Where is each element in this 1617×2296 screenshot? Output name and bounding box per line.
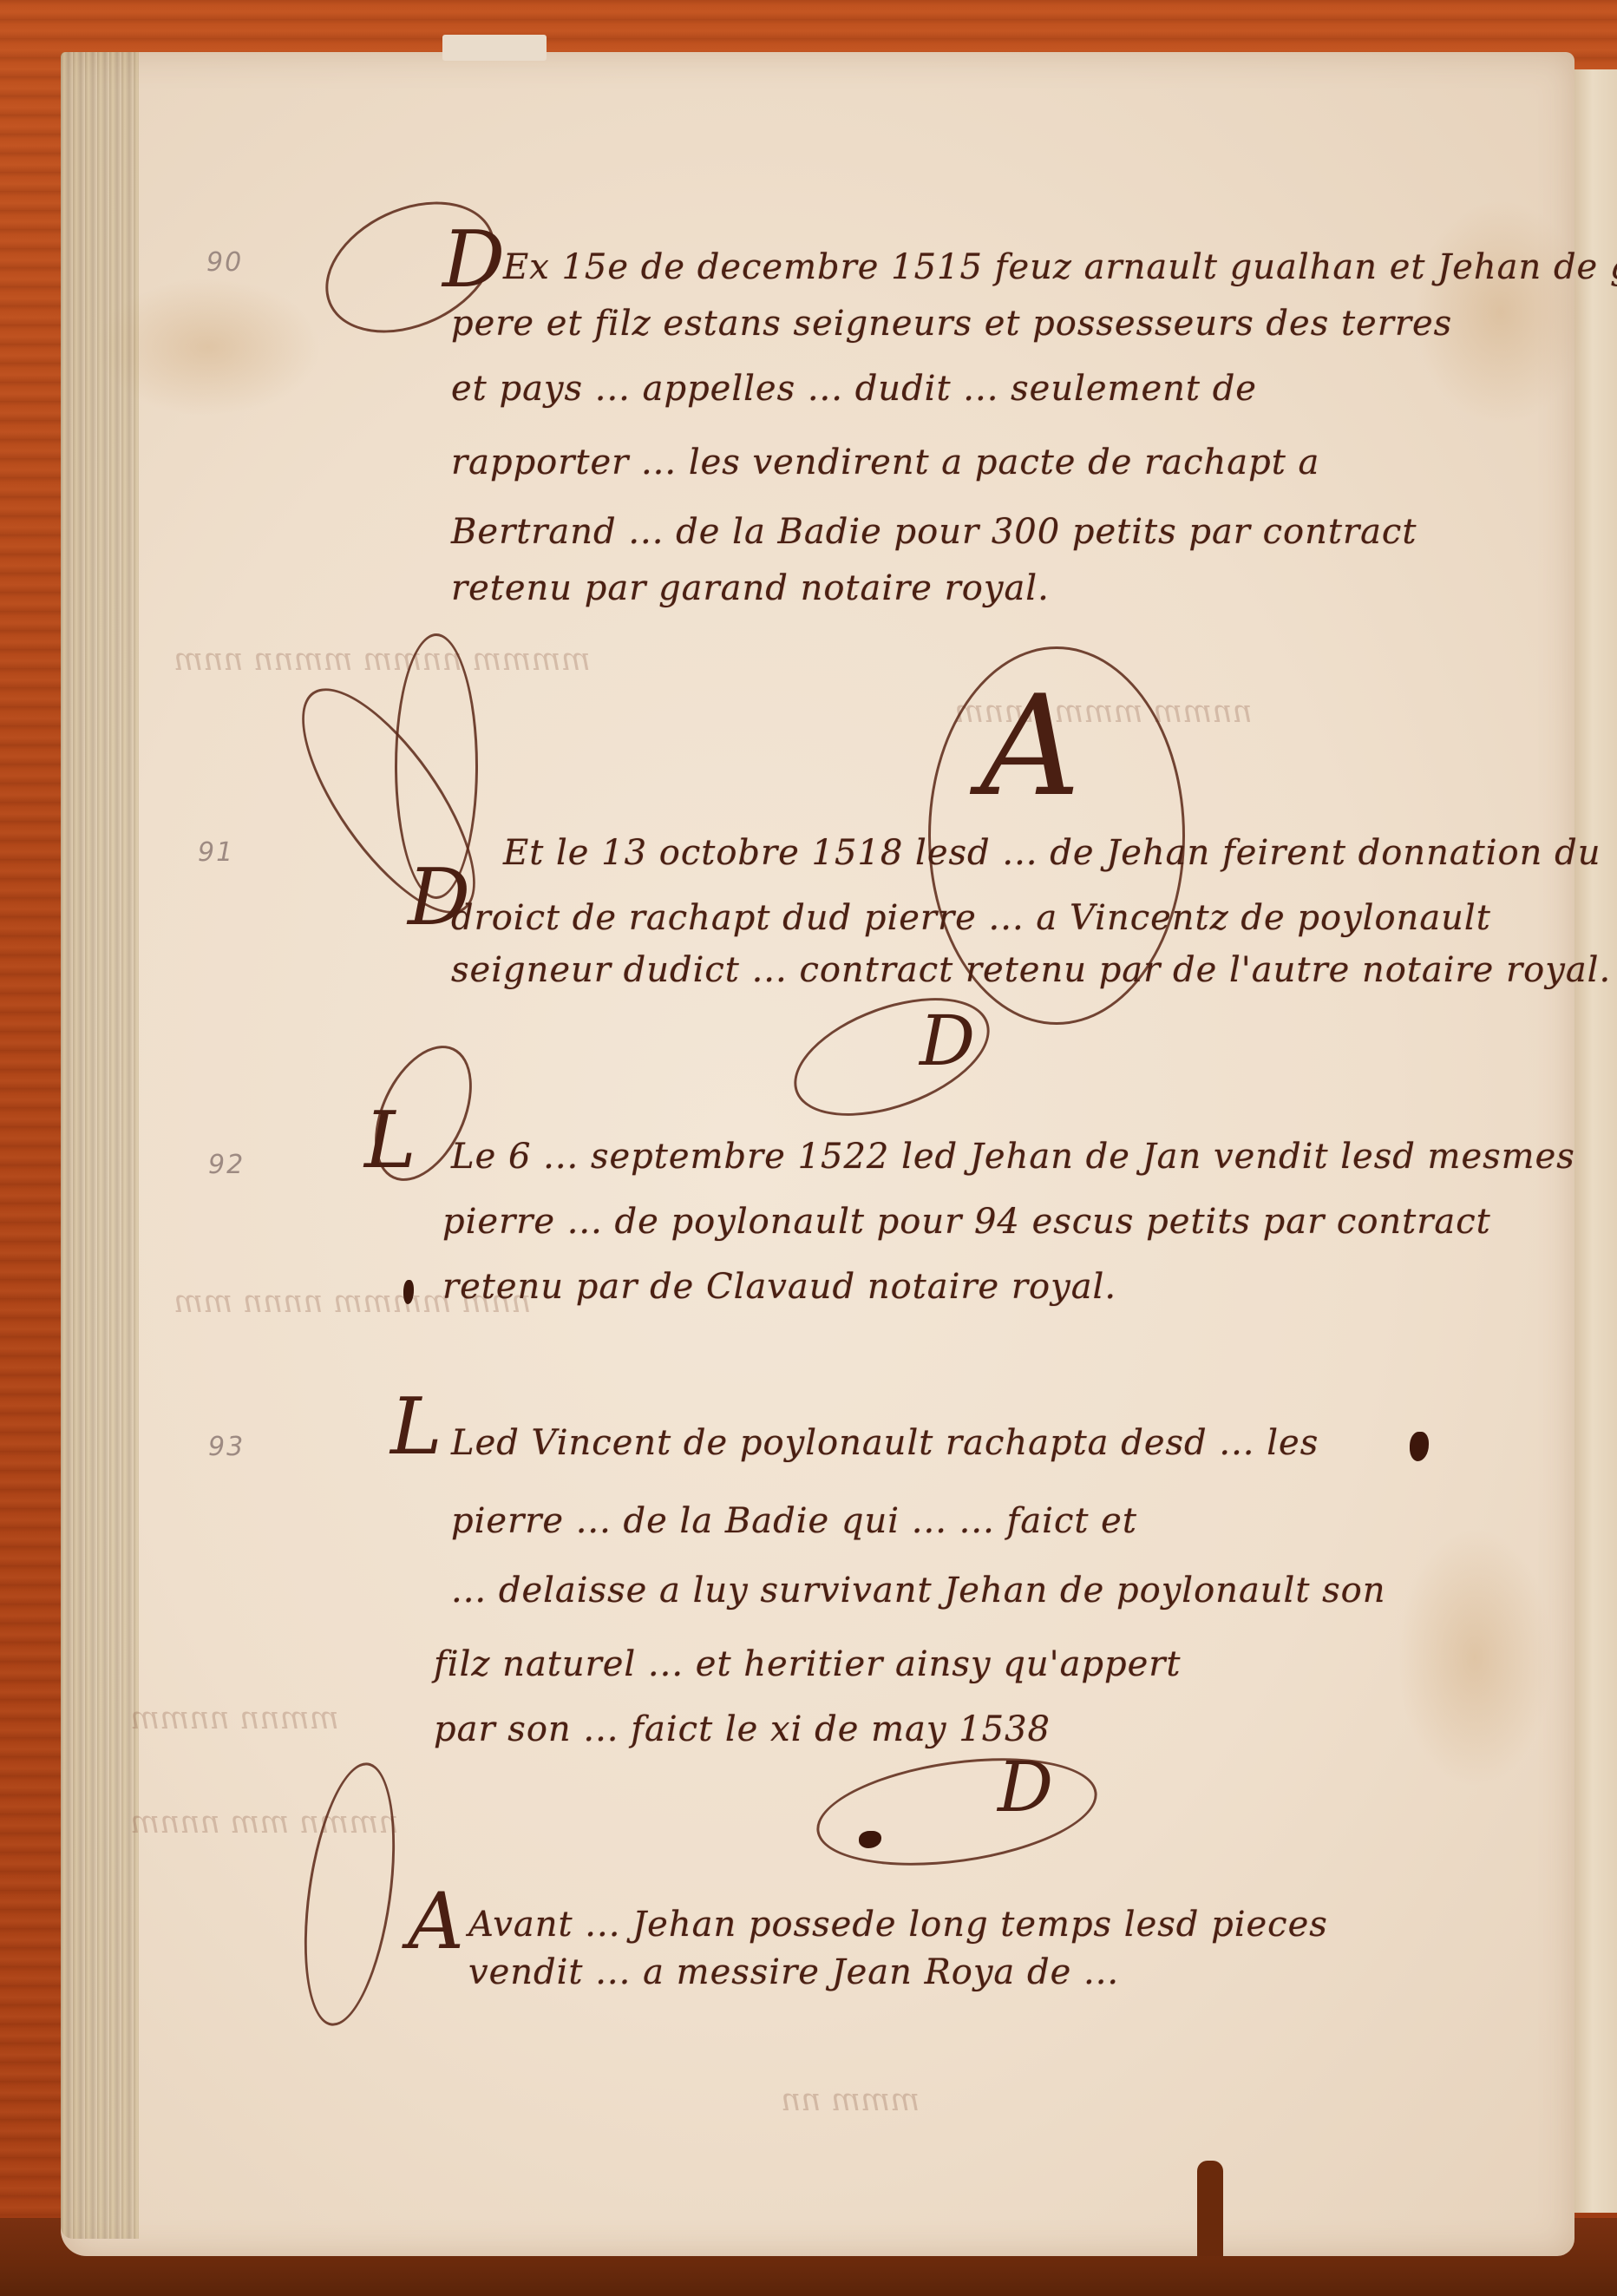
torn-paper-fragment [442, 35, 547, 61]
text-line: Ex 15e de decembre 1515 feuz arnault gua… [503, 247, 1617, 287]
text-line: droict de rachapt dud pierre ... a Vince… [451, 898, 1491, 938]
text-line: rapporter ... les vendirent a pacte de r… [451, 443, 1319, 482]
bleed-through-text: mmm nn [781, 2083, 920, 2118]
bleed-through-text: mmnn nnmm [130, 1701, 339, 1736]
decorated-initial: L [390, 1388, 442, 1466]
text-line: retenu par garand notaire royal. [451, 568, 1050, 608]
text-line: et pays ... appelles ... dudit ... seule… [451, 369, 1257, 409]
text-line: pierre ... de la Badie qui ... ... faict… [451, 1501, 1137, 1541]
text-line: seigneur dudict ... contract retenu par … [451, 950, 1611, 990]
text-line: Led Vincent de poylonault rachapta desd … [451, 1423, 1319, 1463]
text-line: par son ... faict le xi de may 1538 [434, 1709, 1051, 1749]
text-line: retenu par de Clavaud notaire royal. [442, 1267, 1116, 1307]
text-line: Et le 13 octobre 1518 lesd ... de Jehan … [503, 833, 1601, 873]
decorated-initial: D [442, 221, 505, 299]
text-line: ... delaisse a luy survivant Jehan de po… [451, 1571, 1386, 1610]
adjacent-page-edge [1572, 69, 1617, 2213]
text-line: Avant ... Jehan possede long temps lesd … [468, 1905, 1328, 1945]
text-line: vendit ... a messire Jean Roya de ... [468, 1952, 1119, 1992]
water-stain [1397, 1527, 1553, 1788]
margin-number: 91 [198, 837, 234, 868]
margin-number: 92 [208, 1150, 245, 1180]
decorated-initial: A [408, 1883, 464, 1961]
torn-notch [1197, 2161, 1223, 2256]
margin-number: 90 [206, 247, 243, 278]
text-line: Le 6 ... septembre 1522 led Jehan de Jan… [451, 1137, 1575, 1177]
decorated-initial: D [998, 1753, 1053, 1822]
text-line: pierre ... de poylonault pour 94 escus p… [442, 1202, 1491, 1242]
text-line: filz naturel ... et heritier ainsy qu'ap… [434, 1644, 1182, 1684]
text-line: pere et filz estans seigneurs et possess… [451, 304, 1452, 344]
decorated-initial: A [980, 677, 1081, 816]
bleed-through-text: mmmm nnmm mmnn nnm [173, 642, 591, 678]
text-line: Bertrand ... de la Badie pour 300 petits… [451, 512, 1417, 552]
decorated-initial: L [364, 1102, 416, 1180]
decorated-initial: D [920, 1007, 975, 1076]
bound-page-edges [61, 52, 139, 2239]
margin-number: 93 [208, 1432, 245, 1462]
